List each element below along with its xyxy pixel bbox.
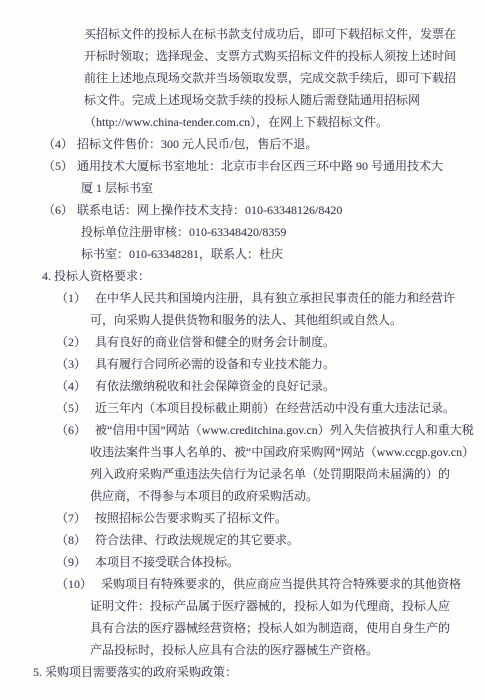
item-marker: （8） — [56, 529, 95, 551]
item-line: （4）招标文件售价：300 元人民币/包，售后不退。 — [43, 133, 485, 155]
item-marker: （3） — [56, 353, 95, 375]
item-text: 符合法律、行政法规规定的其它要求。 — [95, 533, 299, 547]
item-line: 标书室：010-63348281，联系人：杜庆 — [81, 243, 485, 265]
list-item: （6）被“信用中国”网站（www.creditchina.gov.cn）列入失信… — [56, 419, 485, 507]
list-item: （9）本项目不接受联合体投标。 — [56, 551, 485, 573]
item-text: 采购项目有特殊要求的，供应商应当提供其符合特殊要求的其他资格 — [101, 577, 461, 591]
paragraph-line: 前往上述地点现场交款并当场领取发票，完成交款手续后，即可下载招 — [84, 67, 485, 89]
item-line: 产品投标时，投标人应具有合法的医疗器械生产资格。 — [90, 639, 485, 661]
item-text: 本项目不接受联合体投标。 — [95, 555, 239, 569]
list-item: （6）联系电话：网上操作技术支持：010-63348126/8420投标单位注册… — [43, 199, 485, 265]
item-line: （3）具有履行合同所必需的设备和专业技术能力。 — [56, 353, 485, 375]
item-line: （1）在中华人民共和国境内注册，具有独立承担民事责任的能力和经营许 — [56, 287, 485, 309]
item-text: 招标文件售价：300 元人民币/包，售后不退。 — [77, 137, 317, 151]
item-line: （5）近三年内（本项目投标截止期前）在经营活动中没有重大违法记录。 — [56, 397, 485, 419]
item-marker: （4） — [43, 133, 77, 155]
item-line: （6）被“信用中国”网站（www.creditchina.gov.cn）列入失信… — [56, 419, 485, 441]
item-line: 证明文件：投标产品属于医疗器械的，投标人如为代理商，投标人应 — [90, 595, 485, 617]
item-line: （10）采购项目有特殊要求的，供应商应当提供其符合特殊要求的其他资格 — [56, 573, 485, 595]
item-line: 列入政府采购严重违法失信行为记录名单（处罚期限尚未届满的）的 — [90, 463, 485, 485]
item-line: （4）有依法缴纳税收和社会保障资金的良好记录。 — [56, 375, 485, 397]
list-item: （5）近三年内（本项目投标截止期前）在经营活动中没有重大违法记录。 — [56, 397, 485, 419]
item-text: 近三年内（本项目投标截止期前）在经营活动中没有重大违法记录。 — [95, 401, 455, 415]
paragraph-line: （http://www.china-tender.com.cn），在网上下载招标… — [84, 111, 485, 133]
intro-paragraph: 买招标文件的投标人在标书款支付成功后，即可下载招标文件，发票在开标时领取；选择现… — [0, 23, 485, 133]
item-text: 通用技术大厦标书室地址：北京市丰台区西三环中路 90 号通用技术大 — [77, 159, 443, 173]
item-line: （8）符合法律、行政法规规定的其它要求。 — [56, 529, 485, 551]
item-line: 供应商，不得参与本项目的政府采购活动。 — [90, 485, 485, 507]
list-item: （7）按照招标公告要求购买了招标文件。 — [56, 507, 485, 529]
item-marker: （10） — [56, 573, 101, 595]
list-item: （3）具有履行合同所必需的设备和专业技术能力。 — [56, 353, 485, 375]
item-line: （6）联系电话：网上操作技术支持：010-63348126/8420 — [43, 199, 485, 221]
item-marker: （2） — [56, 331, 95, 353]
item-line: 具有合法的医疗器械经营资格；投标人如为制造商，使用自身生产的 — [90, 617, 485, 639]
document-page: 买招标文件的投标人在标书款支付成功后，即可下载招标文件，发票在开标时领取；选择现… — [0, 0, 485, 683]
contact-item-list: （4）招标文件售价：300 元人民币/包，售后不退。（5）通用技术大厦标书室地址… — [0, 133, 485, 265]
list-item: （4）招标文件售价：300 元人民币/包，售后不退。 — [43, 133, 485, 155]
list-item: （2）具有良好的商业信誉和健全的财务会计制度。 — [56, 331, 485, 353]
item-text: 在中华人民共和国境内注册，具有独立承担民事责任的能力和经营许 — [95, 291, 455, 305]
item-text: 按照招标公告要求购买了招标文件。 — [95, 511, 287, 525]
item-line: （2）具有良好的商业信誉和健全的财务会计制度。 — [56, 331, 485, 353]
item-line: （5）通用技术大厦标书室地址：北京市丰台区西三环中路 90 号通用技术大 — [43, 155, 485, 177]
item-marker: （6） — [56, 419, 95, 441]
item-text: 具有良好的商业信誉和健全的财务会计制度。 — [95, 335, 335, 349]
list-item: （5）通用技术大厦标书室地址：北京市丰台区西三环中路 90 号通用技术大厦 1 … — [43, 155, 485, 199]
section4-heading: 4. 投标人资格要求： — [42, 265, 485, 287]
item-line: （9）本项目不接受联合体投标。 — [56, 551, 485, 573]
item-marker: （7） — [56, 507, 95, 529]
item-text: 有依法缴纳税收和社会保障资金的良好记录。 — [95, 379, 335, 393]
paragraph-line: 开标时领取；选择现金、支票方式购买招标文件的投标人须按上述时间 — [84, 45, 485, 67]
item-line: （7）按照招标公告要求购买了招标文件。 — [56, 507, 485, 529]
list-item: （8）符合法律、行政法规规定的其它要求。 — [56, 529, 485, 551]
item-line: 厦 1 层标书室 — [81, 177, 485, 199]
section5-heading: 5. 采购项目需要落实的政府采购政策： — [33, 661, 485, 683]
item-marker: （5） — [56, 397, 95, 419]
item-text: 被“信用中国”网站（www.creditchina.gov.cn）列入失信被执行… — [95, 423, 474, 437]
item-marker: （9） — [56, 551, 95, 573]
item-text: 联系电话：网上操作技术支持：010-63348126/8420 — [77, 203, 342, 217]
item-line: 可，向采购人提供货物和服务的法人、其他组织或自然人。 — [90, 309, 485, 331]
list-item: （4）有依法缴纳税收和社会保障资金的良好记录。 — [56, 375, 485, 397]
item-marker: （5） — [43, 155, 77, 177]
item-line: 收违法案件当事人名单的、被“中国政府采购网”网站（www.ccgp.gov.cn… — [90, 441, 485, 463]
item-line: 投标单位注册审核：010-63348420/8359 — [81, 221, 485, 243]
item-text: 具有履行合同所必需的设备和专业技术能力。 — [95, 357, 335, 371]
qualification-item-list: （1）在中华人民共和国境内注册，具有独立承担民事责任的能力和经营许可，向采购人提… — [0, 287, 485, 661]
item-marker: （1） — [56, 287, 95, 309]
item-marker: （6） — [43, 199, 77, 221]
item-marker: （4） — [56, 375, 95, 397]
list-item: （1）在中华人民共和国境内注册，具有独立承担民事责任的能力和经营许可，向采购人提… — [56, 287, 485, 331]
paragraph-line: 标文件。完成上述现场交款手续的投标人随后需登陆通用招标网 — [84, 89, 485, 111]
paragraph-line: 买招标文件的投标人在标书款支付成功后，即可下载招标文件，发票在 — [84, 23, 485, 45]
list-item: （10）采购项目有特殊要求的，供应商应当提供其符合特殊要求的其他资格证明文件：投… — [56, 573, 485, 661]
